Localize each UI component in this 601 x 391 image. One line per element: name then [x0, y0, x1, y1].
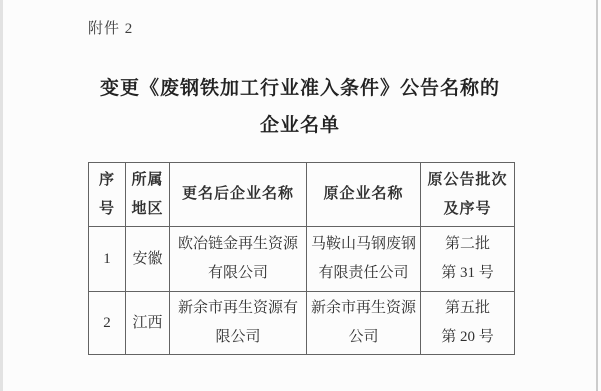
cell-new-name: 欧冶链金再生资源有限公司: [170, 227, 307, 292]
header-batch-line-1: 原公告批次: [424, 166, 511, 195]
header-batch-line-2: 及序号: [424, 195, 511, 224]
header-new-name: 更名后企业名称: [170, 163, 307, 227]
attachment-label: 附件 2: [88, 17, 133, 38]
table-row: 1 安徽 欧冶链金再生资源有限公司 马鞍山马钢废钢有限责任公司 第二批 第 31…: [89, 227, 515, 292]
page-left-edge: [0, 0, 3, 391]
page-right-edge: [596, 0, 598, 391]
header-batch: 原公告批次 及序号: [421, 163, 515, 227]
header-region: 所属 地区: [126, 163, 170, 227]
header-region-line-1: 所属: [129, 166, 166, 195]
table-row: 2 江西 新余市再生资源有限公司 新余市再生资源公司 第五批 第 20 号: [89, 292, 515, 355]
cell-batch-line-1: 第二批: [424, 230, 511, 259]
header-index: 序号: [89, 163, 126, 227]
cell-batch: 第二批 第 31 号: [421, 227, 515, 292]
cell-old-name: 马鞍山马钢废钢有限责任公司: [307, 227, 421, 292]
cell-region: 安徽: [126, 227, 170, 292]
header-region-line-2: 地区: [129, 195, 166, 224]
title-line-2: 企业名单: [60, 107, 540, 144]
cell-index: 2: [89, 292, 126, 355]
cell-index: 1: [89, 227, 126, 292]
cell-batch: 第五批 第 20 号: [421, 292, 515, 355]
document-page: 附件 2 变更《废钢铁加工行业准入条件》公告名称的 企业名单 序号 所属 地区 …: [0, 0, 601, 391]
cell-new-name: 新余市再生资源有限公司: [170, 292, 307, 355]
cell-batch-line-2: 第 31 号: [424, 259, 511, 288]
table-header-row: 序号 所属 地区 更名后企业名称 原企业名称 原公告批次 及序号: [89, 163, 515, 227]
cell-batch-line-2: 第 20 号: [424, 323, 511, 352]
enterprise-table: 序号 所属 地区 更名后企业名称 原企业名称 原公告批次 及序号 1 安徽 欧冶…: [88, 162, 515, 355]
cell-region: 江西: [126, 292, 170, 355]
cell-batch-line-1: 第五批: [424, 294, 511, 323]
document-title: 变更《废钢铁加工行业准入条件》公告名称的 企业名单: [60, 70, 540, 144]
cell-old-name: 新余市再生资源公司: [307, 292, 421, 355]
header-old-name: 原企业名称: [307, 163, 421, 227]
title-line-1: 变更《废钢铁加工行业准入条件》公告名称的: [60, 70, 540, 107]
